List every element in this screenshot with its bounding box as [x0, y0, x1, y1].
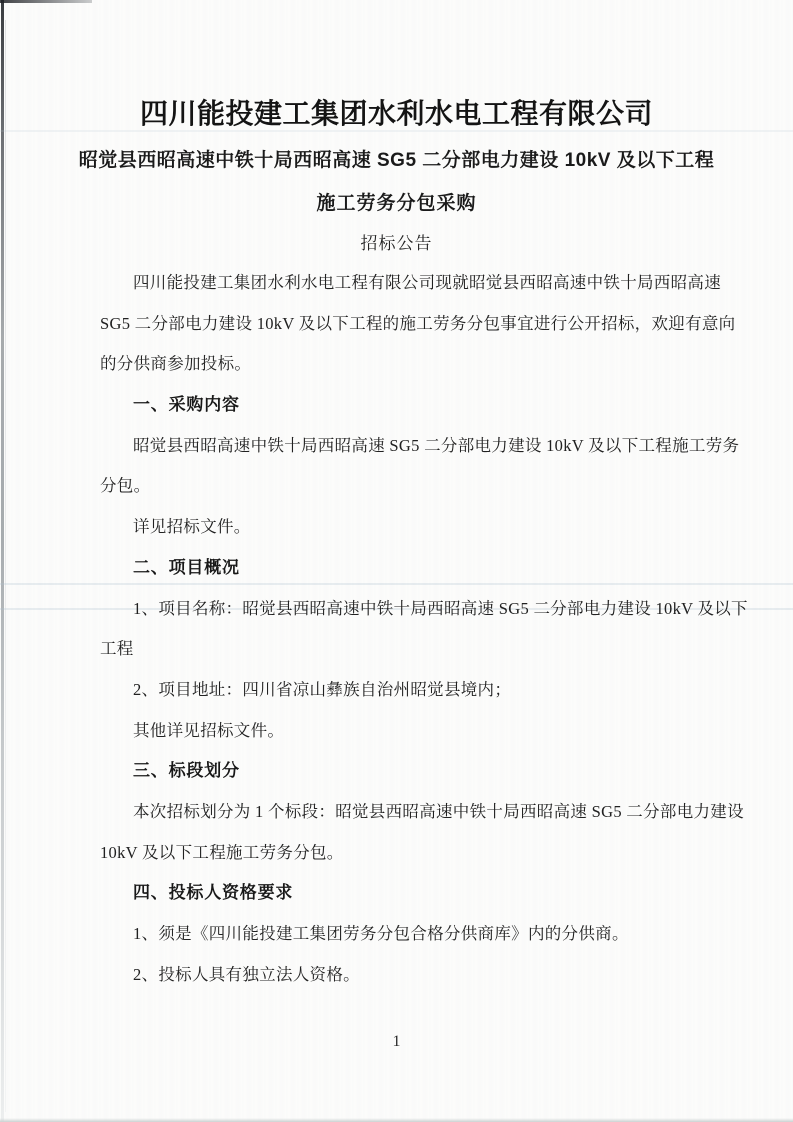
paragraph-line: 分包。: [100, 466, 793, 507]
paragraph-line: 其他详见招标文件。: [100, 711, 793, 752]
scan-bottom-edge-shadow: [0, 1118, 793, 1122]
paragraph-line: 本次招标划分为 1 个标段：昭觉县西昭高速中铁十局西昭高速 SG5 二分部电力建…: [100, 792, 793, 833]
paragraph-line: 昭觉县西昭高速中铁十局西昭高速 SG5 二分部电力建设 10kV 及以下工程施工…: [100, 426, 793, 467]
project-subtitle-line2: 施工劳务分包采购: [0, 191, 793, 217]
section-heading-bid-sections: 三、标段划分: [100, 751, 793, 792]
paragraph-line: SG5 二分部电力建设 10kV 及以下工程的施工劳务分包事宜进行公开招标，欢迎…: [100, 304, 793, 345]
paragraph-line: 1、项目名称：昭觉县西昭高速中铁十局西昭高速 SG5 二分部电力建设 10kV …: [100, 589, 793, 630]
document-body: 四川能投建工集团水利水电工程有限公司现就昭觉县西昭高速中铁十局西昭高速 SG5 …: [0, 263, 793, 995]
project-subtitle-line1: 昭觉县西昭高速中铁十局西昭高速 SG5 二分部电力建设 10kV 及以下工程: [0, 148, 793, 174]
paragraph-line: 1、须是《四川能投建工集团劳务分包合格分供商库》内的分供商。: [100, 914, 793, 955]
document-type-title: 招标公告: [0, 231, 793, 256]
document-content: 四川能投建工集团水利水电工程有限公司 昭觉县西昭高速中铁十局西昭高速 SG5 二…: [0, 0, 793, 995]
page-number: 1: [0, 1030, 793, 1054]
paragraph-line: 10kV 及以下工程施工劳务分包。: [100, 833, 793, 874]
company-title: 四川能投建工集团水利水电工程有限公司: [0, 0, 793, 133]
scanned-document-page: 四川能投建工集团水利水电工程有限公司 昭觉县西昭高速中铁十局西昭高速 SG5 二…: [0, 0, 793, 1122]
section-heading-bidder-qualifications: 四、投标人资格要求: [100, 873, 793, 914]
paragraph-line: 的分供商参加投标。: [100, 344, 793, 385]
paragraph-line: 详见招标文件。: [100, 507, 793, 548]
section-heading-project-overview: 二、项目概况: [100, 548, 793, 589]
paragraph-line: 2、投标人具有独立法人资格。: [100, 955, 793, 996]
section-heading-procurement-content: 一、采购内容: [100, 385, 793, 426]
paragraph-line: 2、项目地址：四川省凉山彝族自治州昭觉县境内；: [100, 670, 793, 711]
paragraph-line: 四川能投建工集团水利水电工程有限公司现就昭觉县西昭高速中铁十局西昭高速: [100, 263, 793, 304]
paragraph-line: 工程: [100, 629, 793, 670]
